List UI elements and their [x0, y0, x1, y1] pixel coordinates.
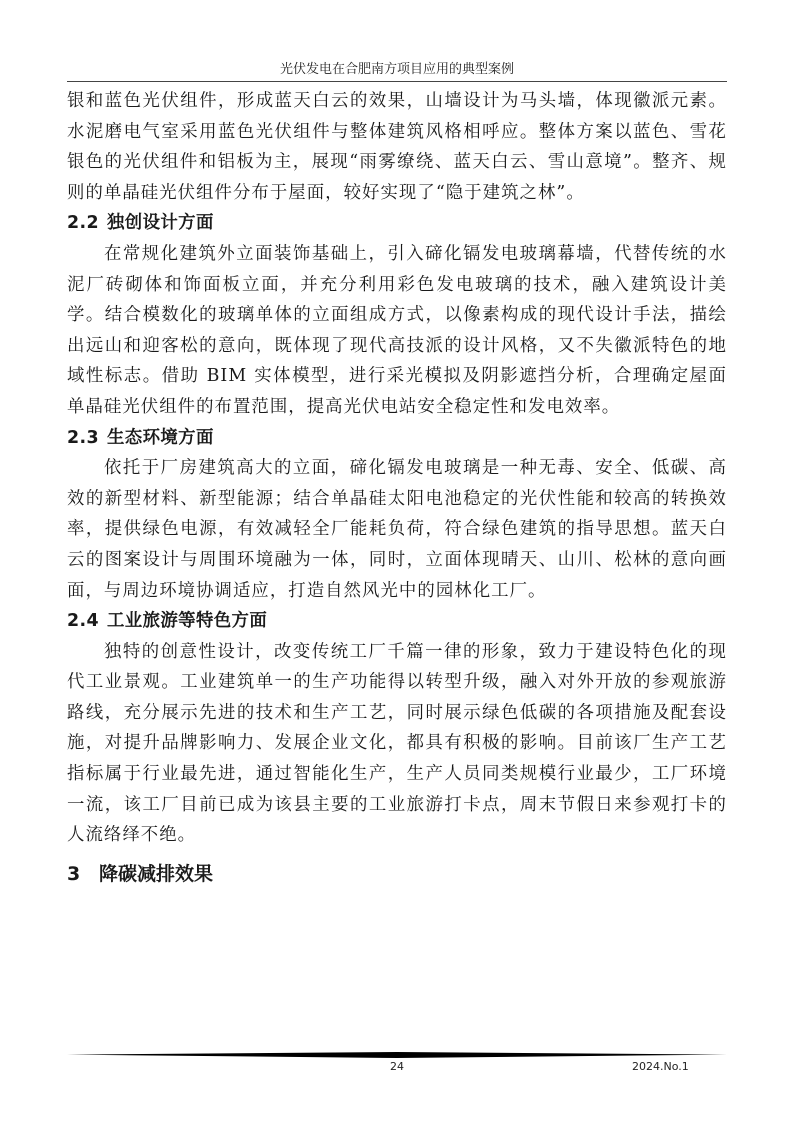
page-number: 24 — [390, 1060, 404, 1073]
section-heading-2-2: 2.2独创设计方面 — [67, 208, 727, 239]
header-rule — [67, 81, 727, 82]
section-heading-2-3: 2.3生态环境方面 — [67, 423, 727, 454]
chapter-number: 3 — [67, 857, 99, 891]
section-heading-2-4: 2.4工业旅游等特色方面 — [67, 606, 727, 637]
section-title: 工业旅游等特色方面 — [107, 611, 267, 631]
page-body: 银和蓝色光伏组件，形成蓝天白云的效果，山墙设计为马头墙，体现徽派元素。水泥磨电气… — [67, 86, 727, 891]
section-number: 2.3 — [67, 428, 99, 448]
intro-paragraph: 银和蓝色光伏组件，形成蓝天白云的效果，山墙设计为马头墙，体现徽派元素。水泥磨电气… — [67, 86, 727, 208]
section-title: 生态环境方面 — [107, 428, 214, 448]
section-number: 2.4 — [67, 611, 99, 631]
section-title: 独创设计方面 — [107, 213, 214, 233]
issue-label: 2024.No.1 — [632, 1060, 689, 1073]
section-paragraph: 独特的创意性设计，改变传统工厂千篇一律的形象，致力于建设特色化的现代工业景观。工… — [67, 637, 727, 851]
section-paragraph: 在常规化建筑外立面装饰基础上，引入碲化镉发电玻璃幕墙，代替传统的水泥厂砖砌体和饰… — [67, 239, 727, 423]
section-number: 2.2 — [67, 213, 99, 233]
section-paragraph: 依托于厂房建筑高大的立面，碲化镉发电玻璃是一种无毒、安全、低碳、高效的新型材料、… — [67, 453, 727, 606]
running-header: 光伏发电在合肥南方项目应用的典型案例 — [67, 62, 727, 78]
chapter-heading-3: 3降碳减排效果 — [67, 857, 727, 891]
footer-rule — [67, 1052, 727, 1057]
chapter-title: 降碳减排效果 — [99, 863, 213, 885]
